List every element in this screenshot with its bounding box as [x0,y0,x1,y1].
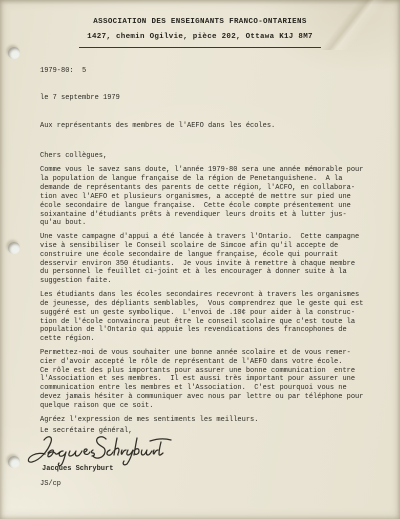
body-paragraph-3: Les étudiants dans les écoles secondaire… [40,291,382,344]
punch-hole-bottom [8,456,20,468]
scanned-letter-page: ASSOCIATION DES ENSEIGNANTS FRANCO-ONTAR… [0,0,400,519]
salutation: Chers collègues, [40,152,107,160]
closing-sentence: Agréez l'expression de mes sentiments le… [40,416,382,425]
organization-name: ASSOCIATION DES ENSEIGNANTS FRANCO-ONTAR… [0,18,400,26]
date-line: le 7 septembre 1979 [40,94,120,102]
signatory-typed-name: Jacques Schryburt [42,465,113,473]
body-paragraph-1: Comme vous le savez sans doute, l'année … [40,166,382,228]
letterhead-rule [79,47,321,48]
recipient-line: Aux représentants des membres de l'AEFO … [40,122,275,130]
organization-address: 1427, chemin Ogilvie, pièce 202, Ottawa … [0,33,400,41]
typist-initials: JS/cp [40,480,61,488]
body-paragraph-4: Permettez-moi de vous souhaiter une bonn… [40,349,382,411]
punch-hole-top [8,47,20,59]
reference-number: 1979-80: 5 [40,67,86,75]
body-paragraph-2: Une vaste campagne d'appui a été lancée … [40,233,382,286]
punch-hole-middle [8,242,20,254]
letter-body: Comme vous le savez sans doute, l'année … [40,166,382,429]
